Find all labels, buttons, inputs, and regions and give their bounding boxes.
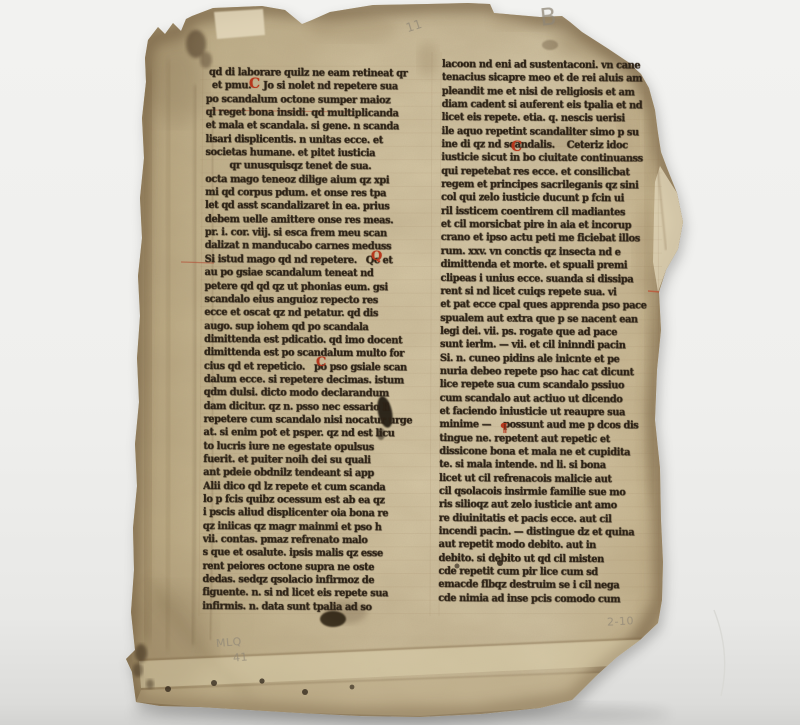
manuscript-leaf bbox=[0, 0, 800, 725]
manuscript-photo: qd di laborare quilz ne eam retineat qr … bbox=[0, 0, 800, 725]
background-hair bbox=[714, 610, 725, 696]
parchment-detail bbox=[110, 0, 700, 725]
